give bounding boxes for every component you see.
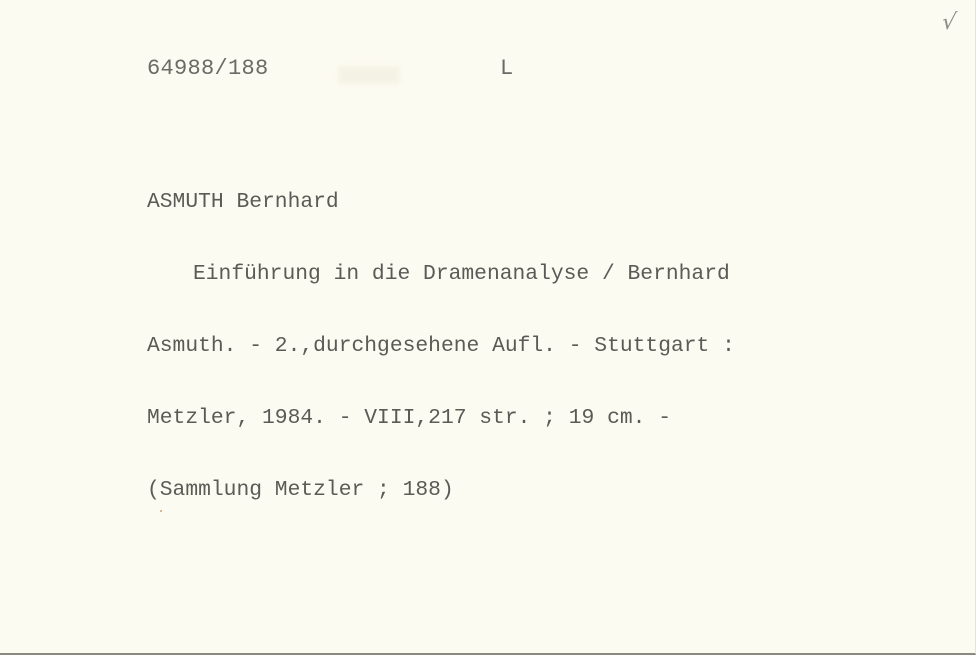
title-line: Einführung in die Dramenanalyse / Bernha… xyxy=(147,262,735,286)
erased-smudge xyxy=(338,66,400,84)
catalog-card: 64988/188 L √ ASMUTH Bernhard Einführung… xyxy=(0,0,976,655)
checkmark-icon: √ xyxy=(940,10,958,35)
ink-speck xyxy=(160,510,162,512)
edition-line: Asmuth. - 2.,durchgesehene Aufl. - Stutt… xyxy=(147,334,735,358)
publisher-line: Metzler, 1984. - VIII,217 str. ; 19 cm. … xyxy=(147,406,735,430)
bibliographic-entry: ASMUTH Bernhard Einführung in die Dramen… xyxy=(147,142,735,550)
call-number: 64988/188 xyxy=(147,56,269,81)
author-heading: ASMUTH Bernhard xyxy=(147,190,735,214)
location-code: L xyxy=(500,56,513,81)
series-line: (Sammlung Metzler ; 188) xyxy=(147,478,735,502)
